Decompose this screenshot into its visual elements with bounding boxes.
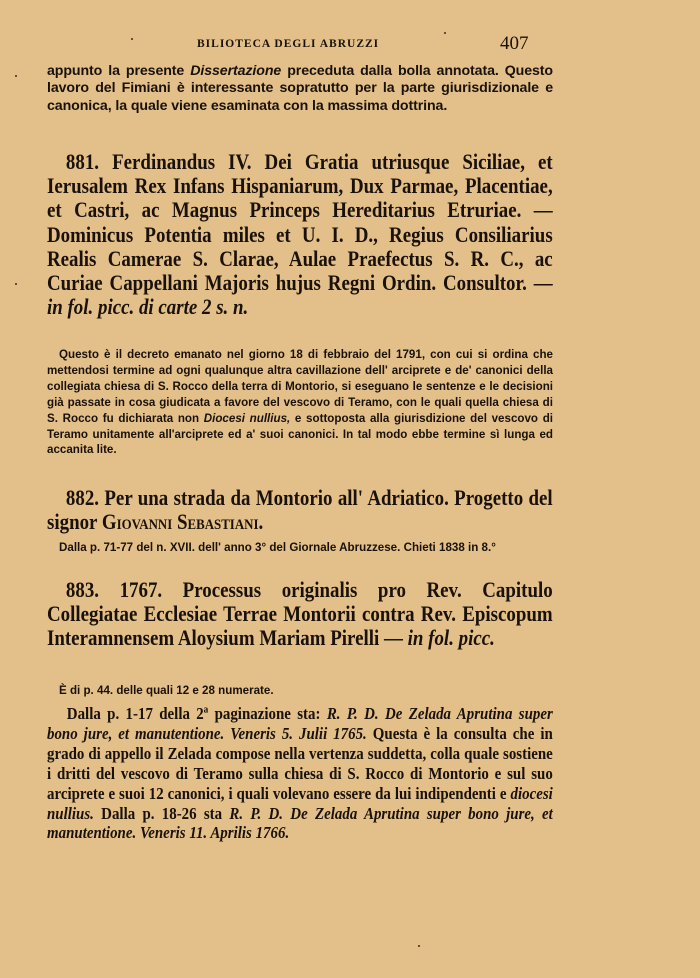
paper-speck [444, 32, 446, 34]
paper-speck [15, 75, 17, 77]
paper-speck [418, 945, 420, 947]
author-name: Giovanni Sebastiani. [102, 509, 263, 534]
page-number: 407 [500, 33, 529, 55]
page-header: BILIOTECA DEGLI ABRUZZI 407 [47, 34, 553, 54]
entry-881-note: Questo è il decreto emanato nel giorno 1… [47, 347, 553, 458]
continuation-paragraph: appunto la presente Dissertazione preced… [47, 63, 553, 115]
entry-number: 883. [66, 577, 99, 602]
entry-883-note: È di p. 44. delle quali 12 e 28 numerate… [47, 683, 553, 699]
paper-speck [131, 38, 133, 40]
entry-883-description: Dalla p. 1-17 della 2ª paginazione sta: … [47, 704, 553, 843]
entry-number: 882. [66, 485, 99, 510]
entry-881: 881. Ferdinandus IV. Dei Gratia utriusqu… [47, 150, 553, 319]
entry-882-note: Dalla p. 71-77 del n. XVII. dell' anno 3… [47, 540, 553, 556]
entry-883: 883. 1767. Processus originalis pro Rev.… [47, 578, 553, 651]
paper-speck [15, 283, 17, 285]
entry-882: 882. Per una strada da Montorio all' Adr… [47, 486, 553, 534]
running-title: BILIOTECA DEGLI ABRUZZI [197, 38, 379, 50]
italic-title: Dissertazione [190, 63, 281, 79]
entry-number: 881. [66, 149, 99, 174]
